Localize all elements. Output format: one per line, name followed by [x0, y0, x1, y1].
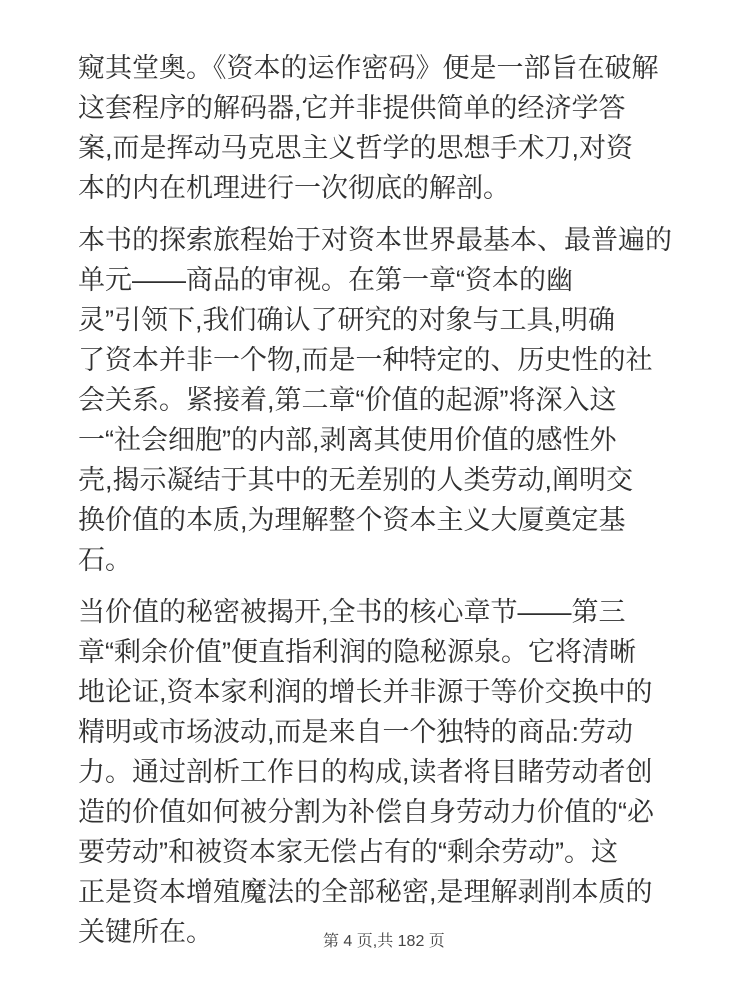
text-line: 力。通过剖析工作日的构成,读者将目睹劳动者创 [78, 752, 678, 792]
text-line: 单元——商品的审视。在第一章“资本的幽 [78, 260, 678, 300]
text-line: 一“社会细胞”的内部,剥离其使用价值的感性外 [78, 420, 678, 460]
text-line: 地论证,资本家利润的增长并非源于等价交换中的 [78, 672, 678, 712]
paragraph-1: 窥其堂奥。《资本的运作密码》便是一部旨在破解 这套程序的解码器,它并非提供简单的… [78, 48, 678, 208]
text-line: 要劳动”和被资本家无偿占有的“剩余劳动”。这 [78, 832, 678, 872]
text-line: 本的内在机理进行一次彻底的解剖。 [78, 168, 678, 208]
text-line: 石。 [78, 540, 678, 580]
page-number-indicator: 第 4 页,共 182 页 [323, 933, 445, 950]
page-footer: 第 4 页,共 182 页 [0, 912, 750, 972]
text-line: 这套程序的解码器,它并非提供简单的经济学答 [78, 88, 678, 128]
text-line: 窥其堂奥。《资本的运作密码》便是一部旨在破解 [78, 48, 678, 88]
document-page: 窥其堂奥。《资本的运作密码》便是一部旨在破解 这套程序的解码器,它并非提供简单的… [0, 0, 750, 1000]
text-line: 了资本并非一个物,而是一种特定的、历史性的社 [78, 340, 678, 380]
text-line: 会关系。紧接着,第二章“价值的起源”将深入这 [78, 380, 678, 420]
text-line: 案,而是挥动马克思主义哲学的思想手术刀,对资 [78, 128, 678, 168]
text-line: 造的价值如何被分割为补偿自身劳动力价值的“必 [78, 792, 678, 832]
text-line: 灵”引领下,我们确认了研究的对象与工具,明确 [78, 300, 678, 340]
text-line: 壳,揭示凝结于其中的无差别的人类劳动,阐明交 [78, 460, 678, 500]
page-content: 窥其堂奥。《资本的运作密码》便是一部旨在破解 这套程序的解码器,它并非提供简单的… [78, 48, 678, 964]
paragraph-2: 本书的探索旅程始于对资本世界最基本、最普遍的 单元——商品的审视。在第一章“资本… [78, 220, 678, 580]
text-line: 章“剩余价值”便直指利润的隐秘源泉。它将清晰 [78, 632, 678, 672]
text-line: 换价值的本质,为理解整个资本主义大厦奠定基 [78, 500, 678, 540]
text-line: 本书的探索旅程始于对资本世界最基本、最普遍的 [78, 220, 678, 260]
paragraph-3: 当价值的秘密被揭开,全书的核心章节——第三 章“剩余价值”便直指利润的隐秘源泉。… [78, 592, 678, 952]
text-line: 正是资本增殖魔法的全部秘密,是理解剥削本质的 [78, 872, 678, 912]
text-line: 精明或市场波动,而是来自一个独特的商品:劳动 [78, 712, 678, 752]
text-line: 当价值的秘密被揭开,全书的核心章节——第三 [78, 592, 678, 632]
